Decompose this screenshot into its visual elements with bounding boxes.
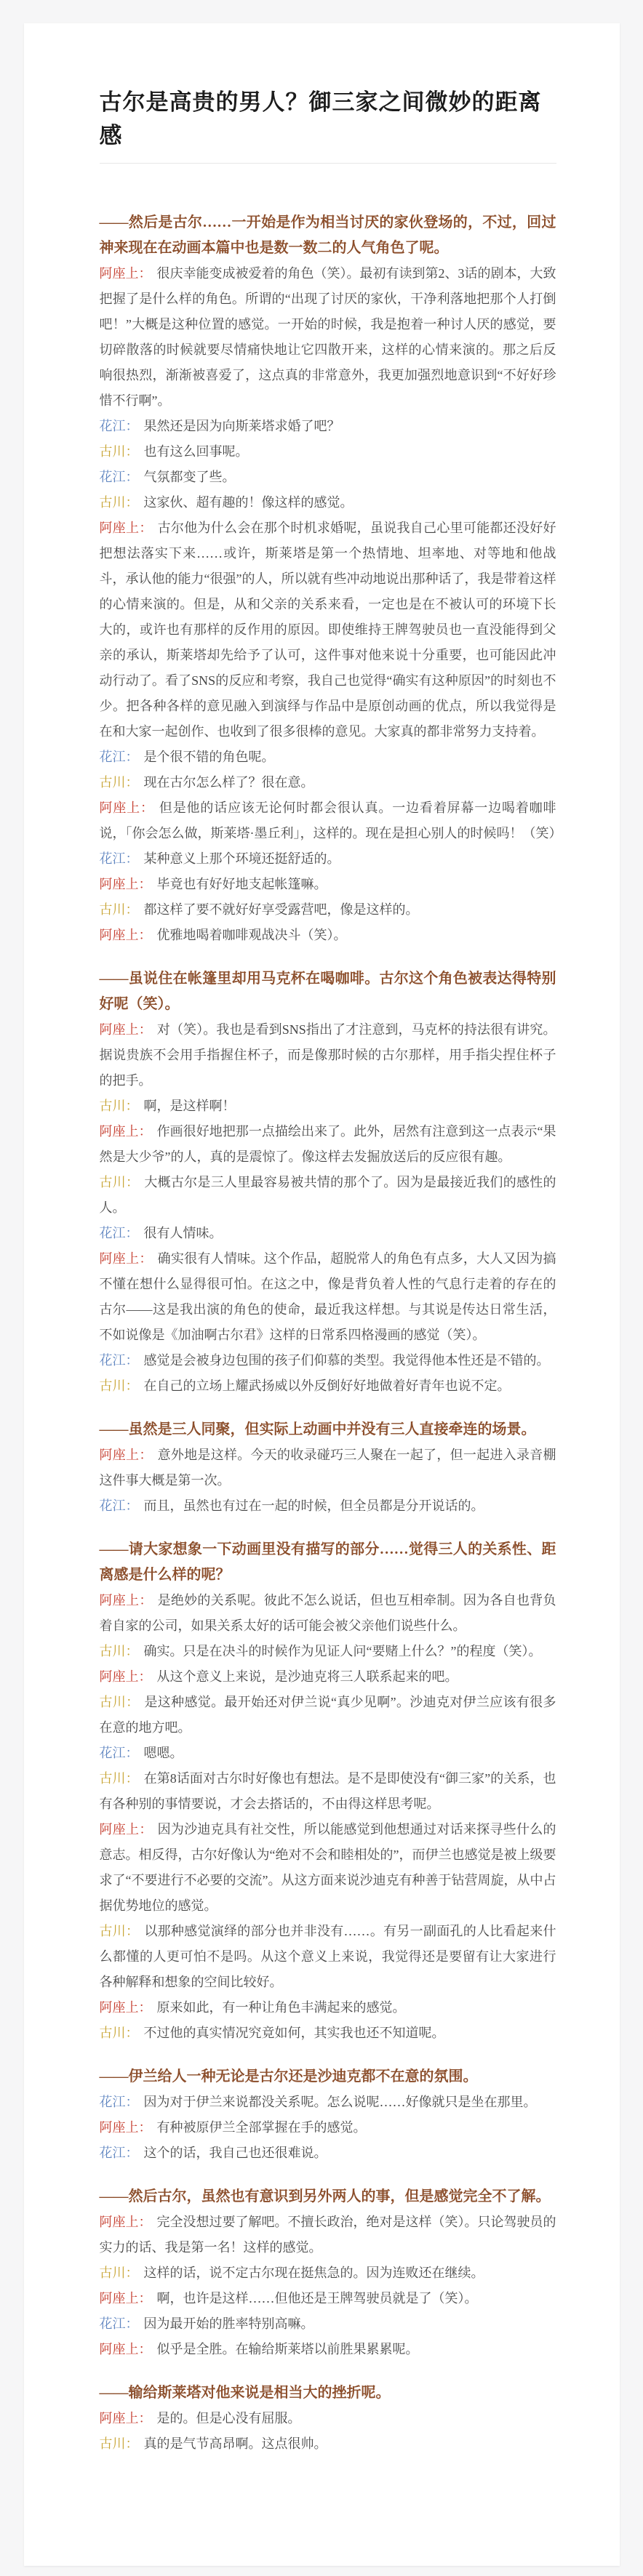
speaker-label: 古川：: [100, 2266, 139, 2280]
speaker-label: 阿座上：: [100, 2342, 152, 2356]
speaker-label: 阿座上：: [100, 877, 152, 891]
dialogue-paragraph: 花江：感觉是会被身边包围的孩子们仰慕的类型。我觉得他本性还是不错的。: [100, 1348, 556, 1373]
dialogue-paragraph: 古川：这家伙、超有趣的！像这样的感觉。: [100, 490, 556, 515]
dialogue-paragraph: 古川：在自己的立场上耀武扬威以外反倒好好地做着好青年也说不定。: [100, 1373, 556, 1399]
speaker-label: 阿座上：: [100, 2215, 152, 2229]
dialogue-paragraph: 阿座上：古尔他为什么会在那个时机求婚呢，虽说我自己心里可能都还没好好把想法落实下…: [100, 515, 556, 745]
speaker-label: 花江：: [100, 1226, 139, 1240]
dialogue-paragraph: 花江：是个很不错的角色呢。: [100, 745, 556, 770]
speaker-label: 古川：: [100, 1695, 140, 1709]
dialogue-paragraph: 阿座上：似乎是全胜。在输给斯莱塔以前胜果累累呢。: [100, 2337, 556, 2362]
dialogue-paragraph: 阿座上：意外地是这样。今天的收录碰巧三人聚在一起了，但一起进入录音棚这件事大概是…: [100, 1443, 556, 1493]
article-inner: 古尔是高贵的男人？御三家之间微妙的距离感 ——然后是古尔……一开始是作为相当讨厌…: [24, 86, 620, 2457]
speaker-label: 花江：: [100, 851, 139, 866]
dialogue-paragraph: 古川：这样的话，说不定古尔现在挺焦急的。因为连败还在继续。: [100, 2260, 556, 2286]
speaker-label: 花江：: [100, 2095, 139, 2109]
dialogue-paragraph: 古川：大概古尔是三人里最容易被共情的那个了。因为是最接近我们的感性的人。: [100, 1170, 556, 1221]
speaker-label: 古川：: [100, 1175, 140, 1189]
speaker-label: 阿座上：: [100, 2411, 152, 2425]
dialogue-paragraph: 花江：很有人情味。: [100, 1221, 556, 1246]
dialogue-paragraph: 古川：真的是气节高昂啊。这点很帅。: [100, 2431, 556, 2457]
dialogue-paragraph: 古川：以那种感觉演绎的部分也并非没有……。有另一副面孔的人比看起来什么都懂的人更…: [100, 1919, 556, 1995]
speaker-label: 阿座上：: [100, 1448, 153, 1462]
section-heading: ——然后是古尔……一开始是作为相当讨厌的家伙登场的，不过，回过神来现在在动画本篇…: [100, 210, 556, 261]
dialogue-paragraph: 花江：气氛都变了些。: [100, 465, 556, 490]
speaker-label: 阿座上：: [100, 1124, 152, 1139]
speaker-label: 阿座上：: [100, 1251, 153, 1266]
speaker-label: 花江：: [100, 1746, 139, 1760]
speaker-label: 花江：: [100, 419, 139, 433]
dialogue-paragraph: 阿座上：毕竟也有好好地支起帐篷嘛。: [100, 872, 556, 897]
dialogue-paragraph: 古川：不过他的真实情况究竟如何，其实我也还不知道呢。: [100, 2021, 556, 2046]
dialogue-paragraph: 阿座上：是绝妙的关系呢。彼此不怎么说话，但也互相牵制。因为各自也背负着自家的公司…: [100, 1588, 556, 1639]
dialogue-paragraph: 花江：果然还是因为向斯莱塔求婚了吧？: [100, 414, 556, 439]
dialogue-paragraph: 阿座上：很庆幸能变成被爱着的角色（笑）。最初有读到第2、3话的剧本，大致把握了是…: [100, 261, 556, 414]
speaker-label: 古川：: [100, 444, 139, 459]
speaker-label: 花江：: [100, 1498, 139, 1513]
speaker-label: 阿座上：: [100, 2120, 152, 2135]
section-heading: ——输给斯莱塔对他来说是相当大的挫折呢。: [100, 2380, 556, 2406]
dialogue-paragraph: 阿座上：完全没想过要了解吧。不擅长政治，绝对是这样（笑）。只论驾驶员的实力的话、…: [100, 2210, 556, 2260]
dialogue-paragraph: 阿座上：优雅地喝着咖啡观战决斗（笑）。: [100, 923, 556, 948]
dialogue-paragraph: 古川：都这样了要不就好好享受露营吧，像是这样的。: [100, 897, 556, 923]
speaker-label: 阿座上：: [100, 1022, 152, 1037]
speaker-label: 阿座上：: [100, 1593, 153, 1608]
speaker-label: 花江：: [100, 750, 139, 764]
dialogue-paragraph: 古川：现在古尔怎么样了？很在意。: [100, 770, 556, 795]
dialogue-paragraph: 古川：确实。只是在决斗的时候作为见证人问“要赌上什么？”的程度（笑）。: [100, 1639, 556, 1664]
title-divider: [100, 163, 556, 164]
speaker-label: 古川：: [100, 1099, 139, 1113]
dialogue-paragraph: 花江：某种意义上那个环境还挺舒适的。: [100, 846, 556, 872]
section-heading: ——虽然是三人同聚，但实际上动画中并没有三人直接牵连的场景。: [100, 1417, 556, 1443]
dialogue-paragraph: 阿座上：从这个意义上来说，是沙迪克将三人联系起来的吧。: [100, 1664, 556, 1690]
dialogue-paragraph: 花江：而且，虽然也有过在一起的时候，但全员都是分开说话的。: [100, 1493, 556, 1519]
dialogue-paragraph: 阿座上：有种被原伊兰全部掌握在手的感觉。: [100, 2115, 556, 2140]
speaker-label: 花江：: [100, 2146, 139, 2160]
speaker-label: 古川：: [100, 2026, 139, 2040]
speaker-label: 阿座上：: [100, 2000, 152, 2015]
speaker-label: 阿座上：: [100, 1822, 153, 1837]
page-title: 古尔是高贵的男人？御三家之间微妙的距离感: [100, 86, 556, 153]
speaker-label: 花江：: [100, 1353, 139, 1368]
dialogue-paragraph: 古川：在第8话面对古尔时好像也有想法。是不是即使没有“御三家”的关系，也有各种别…: [100, 1766, 556, 1817]
speaker-label: 古川：: [100, 1771, 139, 1786]
speaker-label: 花江：: [100, 470, 139, 484]
dialogue-paragraph: 阿座上：但是他的话应该无论何时都会很认真。一边看着屏幕一边喝着咖啡说，「你会怎么…: [100, 795, 556, 846]
speaker-label: 古川：: [100, 1924, 140, 1938]
dialogue-paragraph: 阿座上：对（笑）。我也是看到SNS指出了才注意到，马克杯的持法很有讲究。据说贵族…: [100, 1017, 556, 1094]
section-heading: ——请大家想象一下动画里没有描写的部分……觉得三人的关系性、距离感是什么样的呢？: [100, 1537, 556, 1588]
speaker-label: 阿座上：: [100, 801, 154, 815]
dialogue-paragraph: 阿座上：因为沙迪克具有社交性，所以能感觉到他想通过对话来探寻些什么的意志。相反得…: [100, 1817, 556, 1919]
dialogue-paragraph: 阿座上：啊，也许是这样……但他还是王牌驾驶员就是了（笑）。: [100, 2286, 556, 2311]
speaker-label: 阿座上：: [100, 928, 152, 942]
article-body: ——然后是古尔……一开始是作为相当讨厌的家伙登场的，不过，回过神来现在在动画本篇…: [100, 210, 556, 2457]
speaker-label: 阿座上：: [100, 521, 153, 535]
speaker-label: 阿座上：: [100, 2291, 152, 2306]
dialogue-paragraph: 花江：因为对于伊兰来说都没关系呢。怎么说呢……好像就只是坐在那里。: [100, 2090, 556, 2115]
dialogue-paragraph: 古川：啊，是这样啊！: [100, 1094, 556, 1119]
speaker-label: 花江：: [100, 2316, 139, 2331]
article-card: 古尔是高贵的男人？御三家之间微妙的距离感 ——然后是古尔……一开始是作为相当讨厌…: [24, 23, 620, 2566]
dialogue-paragraph: 阿座上：作画很好地把那一点描绘出来了。此外，居然有注意到这一点表示“果然是大少爷…: [100, 1119, 556, 1170]
speaker-label: 古川：: [100, 2436, 139, 2451]
section-heading: ——然后古尔，虽然也有意识到另外两人的事，但是感觉完全不了解。: [100, 2184, 556, 2210]
dialogue-paragraph: 阿座上：是的。但是心没有屈服。: [100, 2406, 556, 2431]
speaker-label: 古川：: [100, 495, 139, 510]
speaker-label: 古川：: [100, 902, 139, 917]
dialogue-paragraph: 古川：是这种感觉。最开始还对伊兰说“真少见啊”。沙迪克对伊兰应该有很多在意的地方…: [100, 1690, 556, 1741]
dialogue-paragraph: 阿座上：确实很有人情味。这个作品，超脱常人的角色有点多，大人又因为搞不懂在想什么…: [100, 1246, 556, 1348]
dialogue-paragraph: 花江：嗯嗯。: [100, 1741, 556, 1766]
speaker-label: 阿座上：: [100, 266, 152, 281]
dialogue-paragraph: 花江：因为最开始的胜率特别高嘛。: [100, 2311, 556, 2337]
section-heading: ——伊兰给人一种无论是古尔还是沙迪克都不在意的氛围。: [100, 2064, 556, 2090]
dialogue-paragraph: 阿座上：原来如此，有一种让角色丰满起来的感觉。: [100, 1995, 556, 2021]
speaker-label: 古川：: [100, 1379, 139, 1393]
speaker-label: 古川：: [100, 1644, 139, 1658]
speaker-label: 古川：: [100, 775, 139, 790]
speaker-label: 阿座上：: [100, 1669, 152, 1684]
section-heading: ——虽说住在帐篷里却用马克杯在喝咖啡。古尔这个角色被表达得特别好呢（笑）。: [100, 966, 556, 1017]
dialogue-paragraph: 古川：也有这么回事呢。: [100, 439, 556, 465]
dialogue-paragraph: 花江：这个的话，我自己也还很难说。: [100, 2140, 556, 2166]
